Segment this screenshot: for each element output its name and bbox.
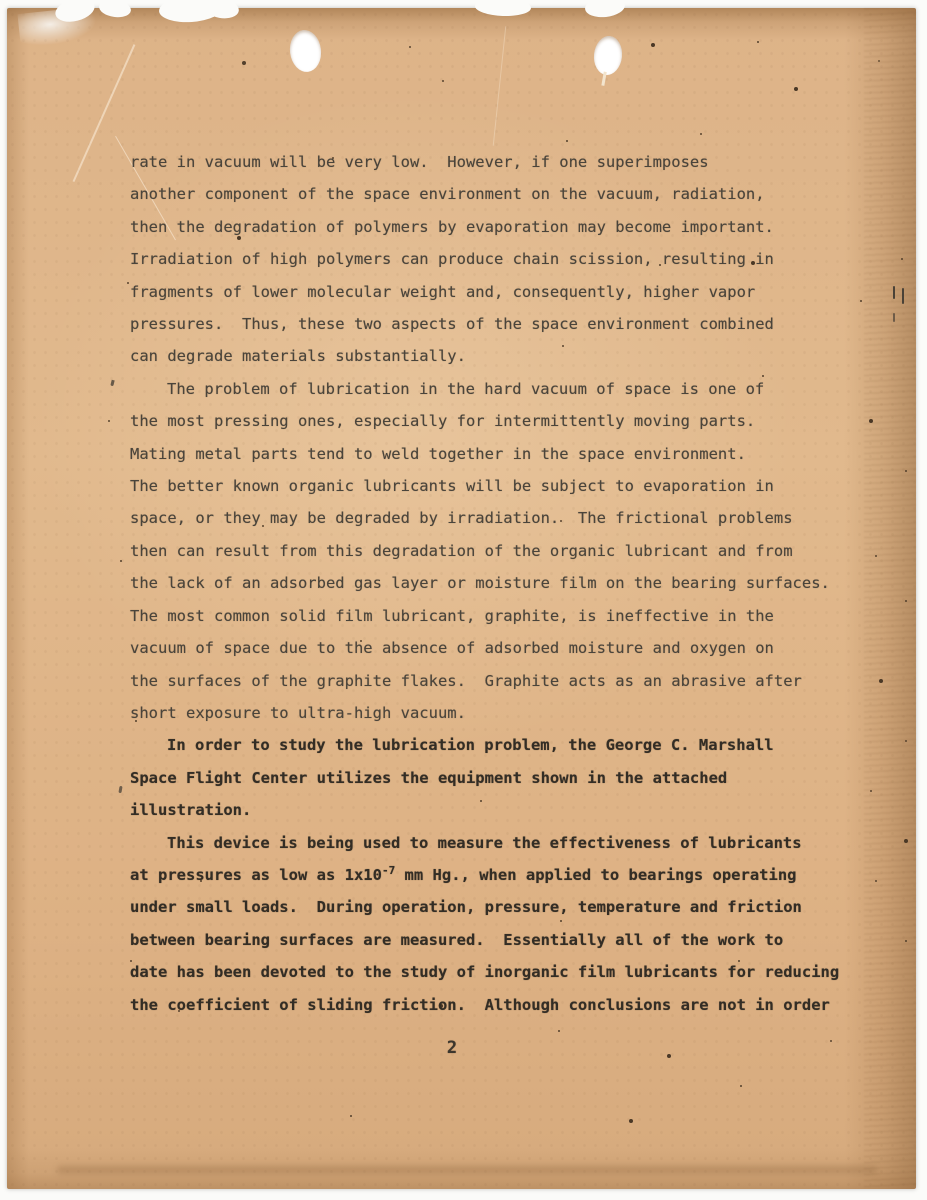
text-line: rate in vacuum will be very low. However… xyxy=(130,146,842,178)
text-line: then the degradation of polymers by evap… xyxy=(130,211,842,243)
text-line: illustration. xyxy=(130,794,842,826)
text-line: In order to study the lubrication proble… xyxy=(130,729,842,761)
text-line: pressures. Thus, these two aspects of th… xyxy=(130,308,842,340)
text-line: between bearing surfaces are measured. E… xyxy=(130,924,842,956)
text-line: the lack of an adsorbed gas layer or moi… xyxy=(130,567,842,599)
stray-ink-mark xyxy=(118,786,122,793)
paper-speckles xyxy=(7,8,9,10)
text-line: another component of the space environme… xyxy=(130,178,842,210)
text-line: The better known organic lubricants will… xyxy=(130,470,842,502)
edge-mark xyxy=(902,288,904,304)
text-line: This device is being used to measure the… xyxy=(130,827,842,859)
stray-ink-mark xyxy=(110,380,114,387)
text-line: the surfaces of the graphite flakes. Gra… xyxy=(130,665,842,697)
text-line: The most common solid film lubricant, gr… xyxy=(130,600,842,632)
text-line: Mating metal parts tend to weld together… xyxy=(130,438,842,470)
paper-tear xyxy=(98,0,132,19)
text-line: The problem of lubrication in the hard v… xyxy=(130,373,842,405)
edge-mark xyxy=(893,313,895,322)
text-line: then can result from this degradation of… xyxy=(130,535,842,567)
text-line: Space Flight Center utilizes the equipme… xyxy=(130,762,842,794)
paper-crease xyxy=(73,44,135,182)
text-line: at pressures as low as 1x10-7 mm Hg., wh… xyxy=(130,859,842,891)
text-line: date has been devoted to the study of in… xyxy=(130,956,842,988)
paper-crease xyxy=(493,26,507,145)
text-line: space, or they may be degraded by irradi… xyxy=(130,502,842,534)
edge-mark xyxy=(893,286,895,299)
paragraph: This device is being used to measure the… xyxy=(130,827,842,1021)
punch-hole-left xyxy=(288,28,324,73)
paper-tear xyxy=(584,0,626,19)
right-edge-texture xyxy=(864,8,916,1189)
paper-tear xyxy=(475,0,532,17)
punch-hole-right xyxy=(592,35,624,77)
paragraph: In order to study the lubrication proble… xyxy=(130,729,842,826)
scanned-page: rate in vacuum will be very low. However… xyxy=(7,8,916,1189)
text-line: can degrade materials substantially. xyxy=(130,340,842,372)
text-line: the most pressing ones, especially for i… xyxy=(130,405,842,437)
text-line: under small loads. During operation, pre… xyxy=(130,891,842,923)
text-line: short exposure to ultra-high vacuum. xyxy=(130,697,842,729)
text-block: rate in vacuum will be very low. However… xyxy=(130,146,842,1021)
text-line: vacuum of space due to the absence of ad… xyxy=(130,632,842,664)
paragraph: rate in vacuum will be very low. However… xyxy=(130,146,842,373)
paragraph: The problem of lubrication in the hard v… xyxy=(130,373,842,729)
text-line: the coefficient of sliding friction. Alt… xyxy=(130,989,842,1021)
text-line: Irradiation of high polymers can produce… xyxy=(130,243,842,275)
page-number: 2 xyxy=(432,1038,472,1058)
text-line: fragments of lower molecular weight and,… xyxy=(130,276,842,308)
bottom-smudge xyxy=(57,1166,877,1174)
